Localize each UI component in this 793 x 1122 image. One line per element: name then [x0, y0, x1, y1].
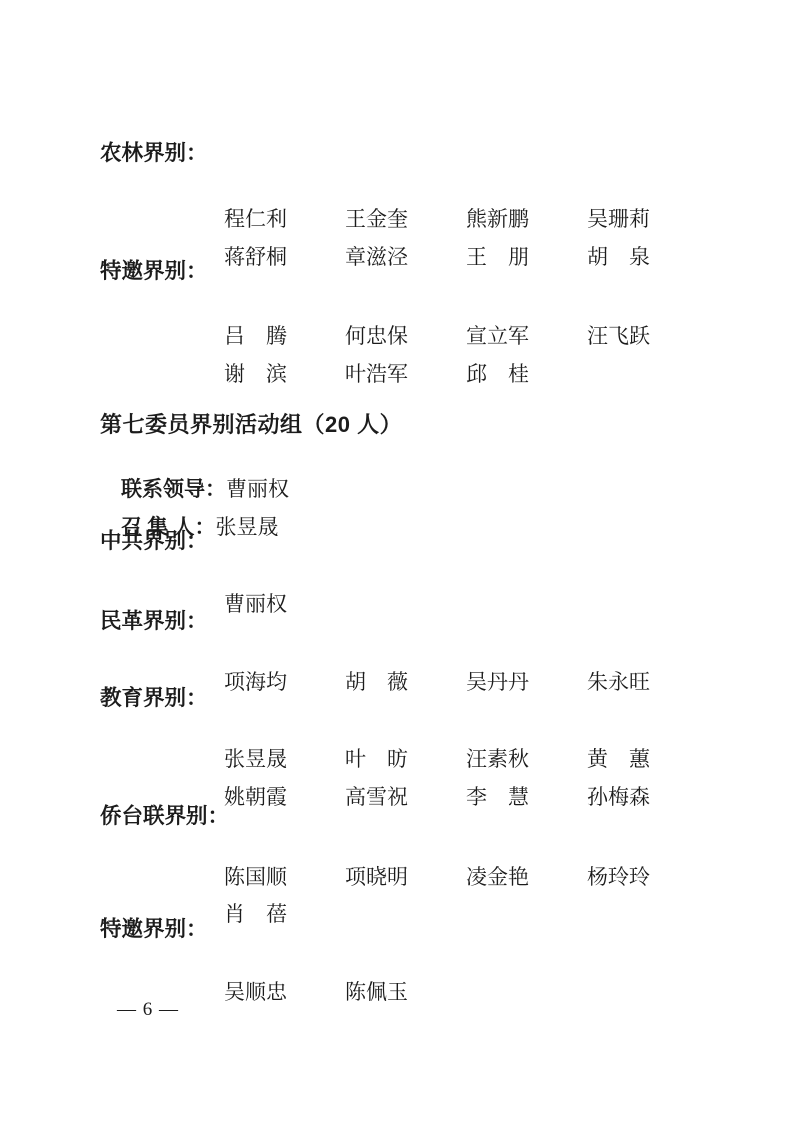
- cpc-sector-label: 中共界别：: [100, 530, 208, 554]
- person-name: 汪飞跃: [587, 325, 708, 348]
- document-page: 农林界别： 程仁利王金奎熊新鹏吴珊莉 蒋舒桐章滋泾王 朋胡 泉 特邀界别： 吕 …: [0, 0, 793, 1122]
- person-name: 项海均: [224, 671, 345, 694]
- rcck-sector-label: 民革界别：: [100, 610, 208, 634]
- specially-invited-sector-label: 特邀界别：: [100, 260, 208, 284]
- names-row: 曹丽权: [203, 570, 345, 639]
- names-row: 项海均胡 薇吴丹丹朱永旺: [203, 648, 708, 717]
- person-name: 蒋舒桐: [224, 246, 345, 269]
- person-name: 陈佩玉: [345, 981, 466, 1004]
- names-row: 谢 滨叶浩军邱 桂: [203, 340, 587, 409]
- person-name: 叶浩军: [345, 363, 466, 386]
- convener-name: 张昱晟: [216, 515, 279, 539]
- agriculture-forestry-sector-label: 农林界别：: [100, 142, 208, 166]
- person-name: 吴丹丹: [466, 671, 587, 694]
- person-name: 高雪祝: [345, 786, 466, 809]
- person-name: 凌金艳: [466, 866, 587, 889]
- education-sector-label: 教育界别：: [100, 687, 208, 711]
- group-title: 第七委员界别活动组（20 人）: [100, 413, 402, 437]
- person-name: 胡 泉: [587, 246, 708, 269]
- person-name: 章滋泾: [345, 246, 466, 269]
- person-name: 姚朝霞: [224, 786, 345, 809]
- names-row: 肖 蓓: [203, 880, 345, 949]
- person-name: 邱 桂: [466, 363, 587, 386]
- person-name: 李 慧: [466, 786, 587, 809]
- names-row: 姚朝霞高雪祝李 慧孙梅森: [203, 763, 708, 832]
- person-name: 孙梅森: [587, 786, 708, 809]
- person-name: 吴顺忠: [224, 981, 345, 1004]
- person-name: 谢 滨: [224, 363, 345, 386]
- person-name: 曹丽权: [224, 593, 345, 616]
- page-number: — 6 —: [117, 1000, 179, 1021]
- names-row: 吴顺忠陈佩玉: [203, 958, 466, 1027]
- overseas-chinese-taiwan-federation-sector-label: 侨台联界别：: [100, 805, 229, 829]
- person-name: 肖 蓓: [224, 903, 345, 926]
- specially-invited-sector-label-2: 特邀界别：: [100, 918, 208, 942]
- person-name: 杨玲玲: [587, 866, 708, 889]
- person-name: 胡 薇: [345, 671, 466, 694]
- person-name: 朱永旺: [587, 671, 708, 694]
- person-name: 王 朋: [466, 246, 587, 269]
- names-row: 蒋舒桐章滋泾王 朋胡 泉: [203, 223, 708, 292]
- person-name: 项晓明: [345, 866, 466, 889]
